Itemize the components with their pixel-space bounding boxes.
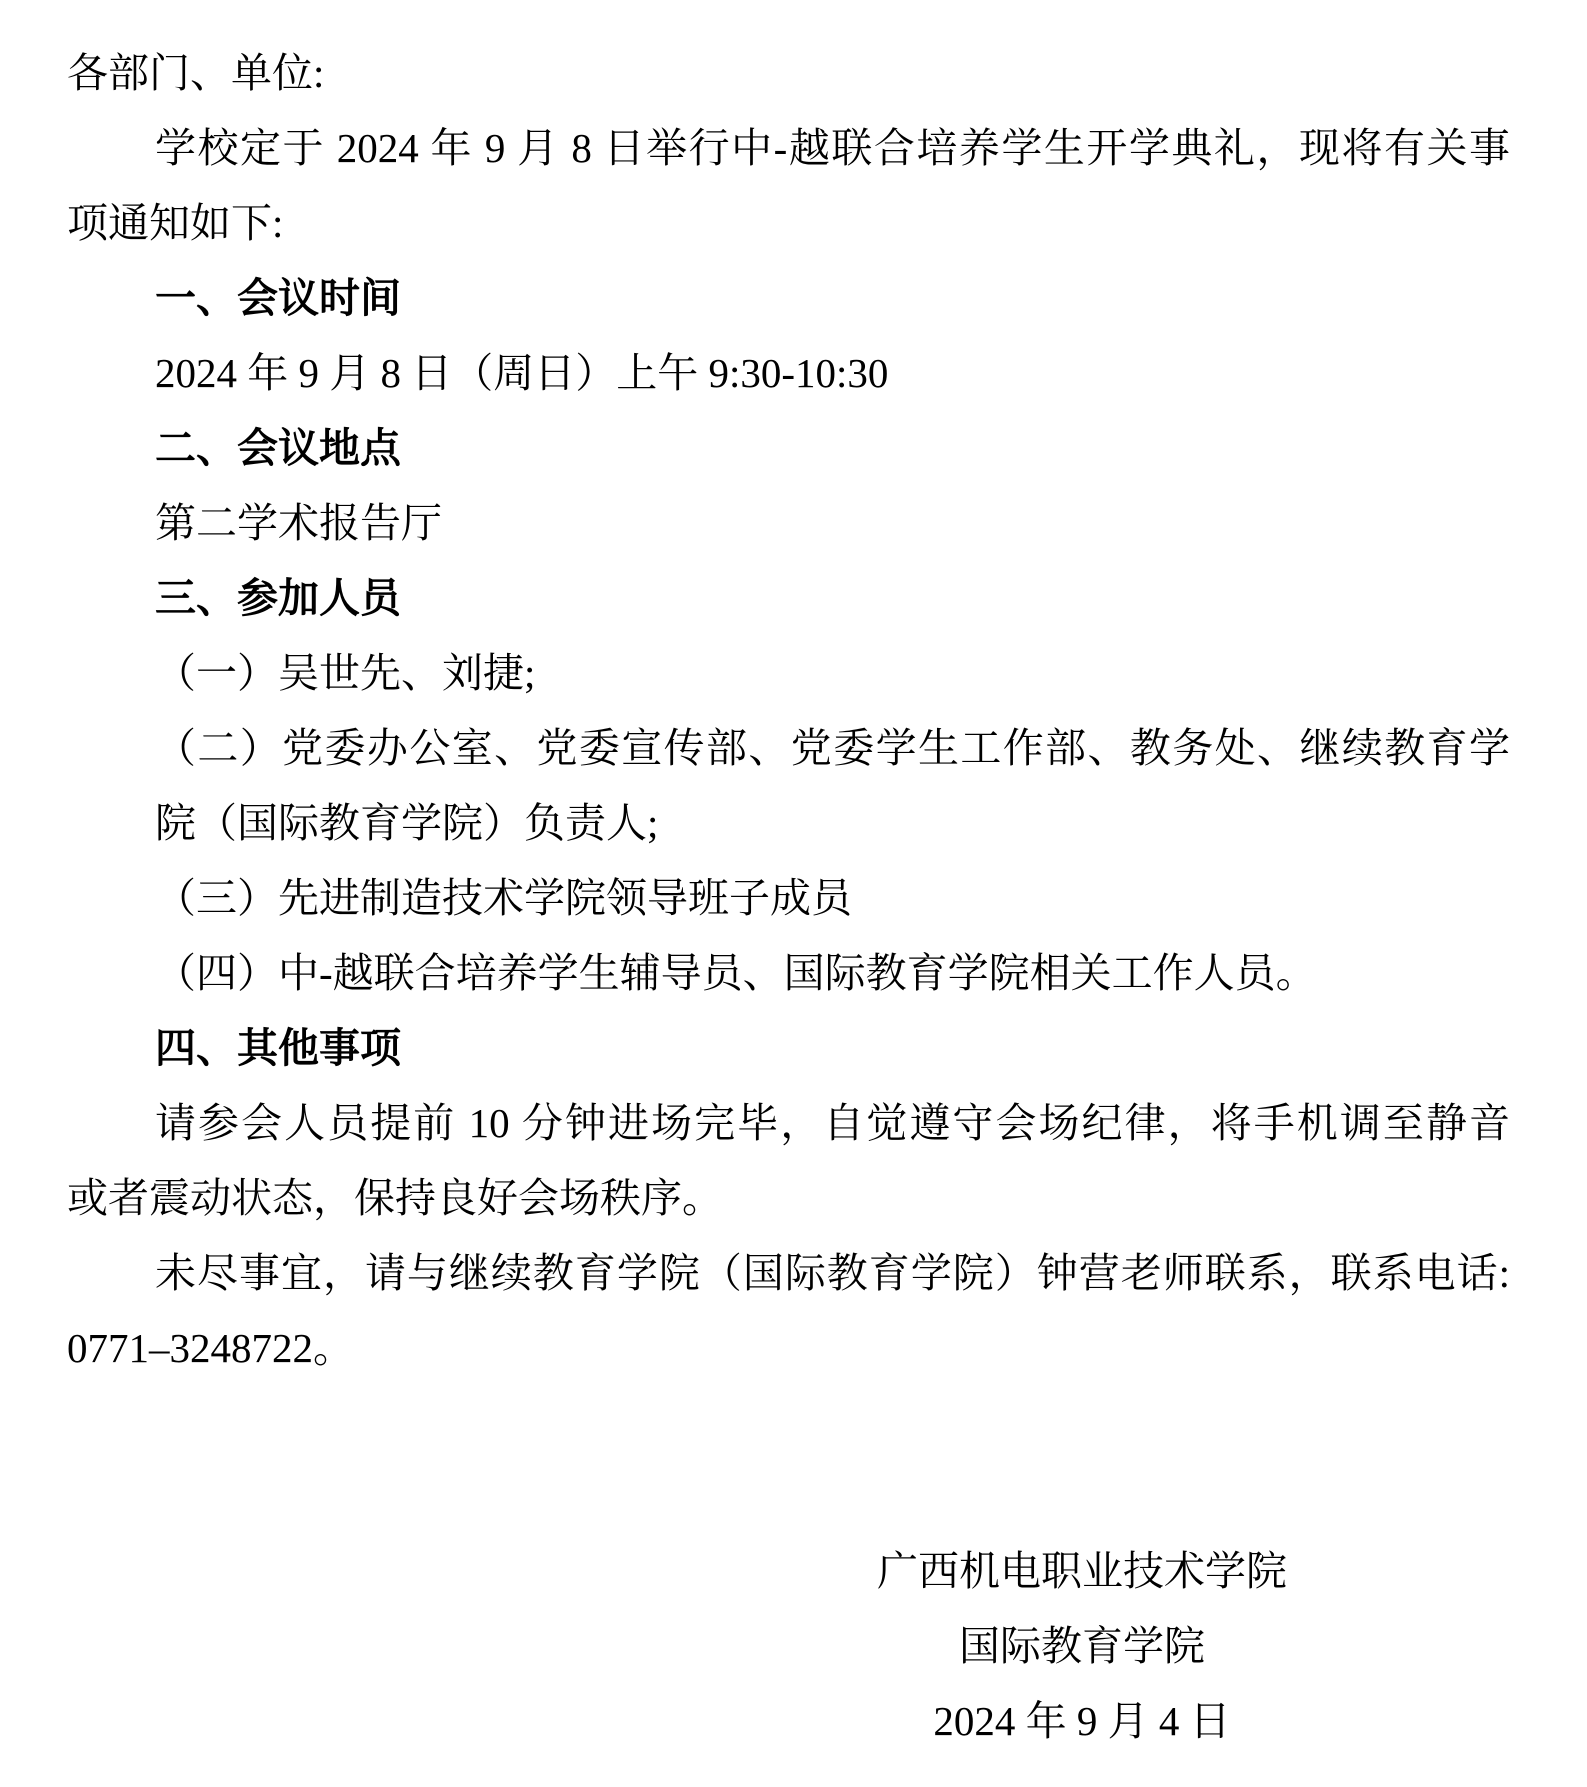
participants-item-2-line-2: 院（国际教育学院）负责人; — [67, 786, 1510, 861]
other-matters-para-2-line-1: 未尽事宜，请与继续教育学院（国际教育学院）钟营老师联系，联系电话: — [67, 1236, 1510, 1311]
intro-line-1: 学校定于 2024 年 9 月 8 日举行中-越联合培养学生开学典礼，现将有关事 — [67, 111, 1510, 186]
heading-other-matters: 四、其他事项 — [67, 1011, 1510, 1086]
signature-date: 2024 年 9 月 4 日 — [844, 1684, 1320, 1759]
heading-meeting-time: 一、会议时间 — [67, 261, 1510, 336]
other-matters-para-1-line-1: 请参会人员提前 10 分钟进场完毕，自觉遵守会场纪律，将手机调至静音 — [67, 1086, 1510, 1161]
participants-item-1: （一）吴世先、刘捷; — [67, 636, 1510, 711]
meeting-place: 第二学术报告厅 — [67, 486, 1510, 561]
meeting-time: 2024 年 9 月 8 日（周日）上午 9:30-10:30 — [67, 336, 1510, 411]
notice-document: 各部门、单位: 学校定于 2024 年 9 月 8 日举行中-越联合培养学生开学… — [67, 36, 1510, 1759]
participants-item-4: （四）中-越联合培养学生辅导员、国际教育学院相关工作人员。 — [67, 936, 1510, 1011]
signature-block: 广西机电职业技术学院 国际教育学院 2024 年 9 月 4 日 — [844, 1534, 1320, 1759]
participants-item-2-line-1: （二）党委办公室、党委宣传部、党委学生工作部、教务处、继续教育学 — [67, 711, 1510, 786]
signature-organization: 广西机电职业技术学院 — [844, 1534, 1320, 1609]
heading-participants: 三、参加人员 — [67, 561, 1510, 636]
intro-line-2: 项通知如下: — [67, 186, 1510, 261]
participants-item-3: （三）先进制造技术学院领导班子成员 — [67, 861, 1510, 936]
heading-meeting-place: 二、会议地点 — [67, 411, 1510, 486]
contact-phone-number: 0771–3248722。 — [67, 1311, 1510, 1386]
salutation: 各部门、单位: — [67, 36, 1510, 111]
signature-department: 国际教育学院 — [844, 1609, 1320, 1684]
other-matters-para-1-line-2: 或者震动状态，保持良好会场秩序。 — [67, 1161, 1510, 1236]
